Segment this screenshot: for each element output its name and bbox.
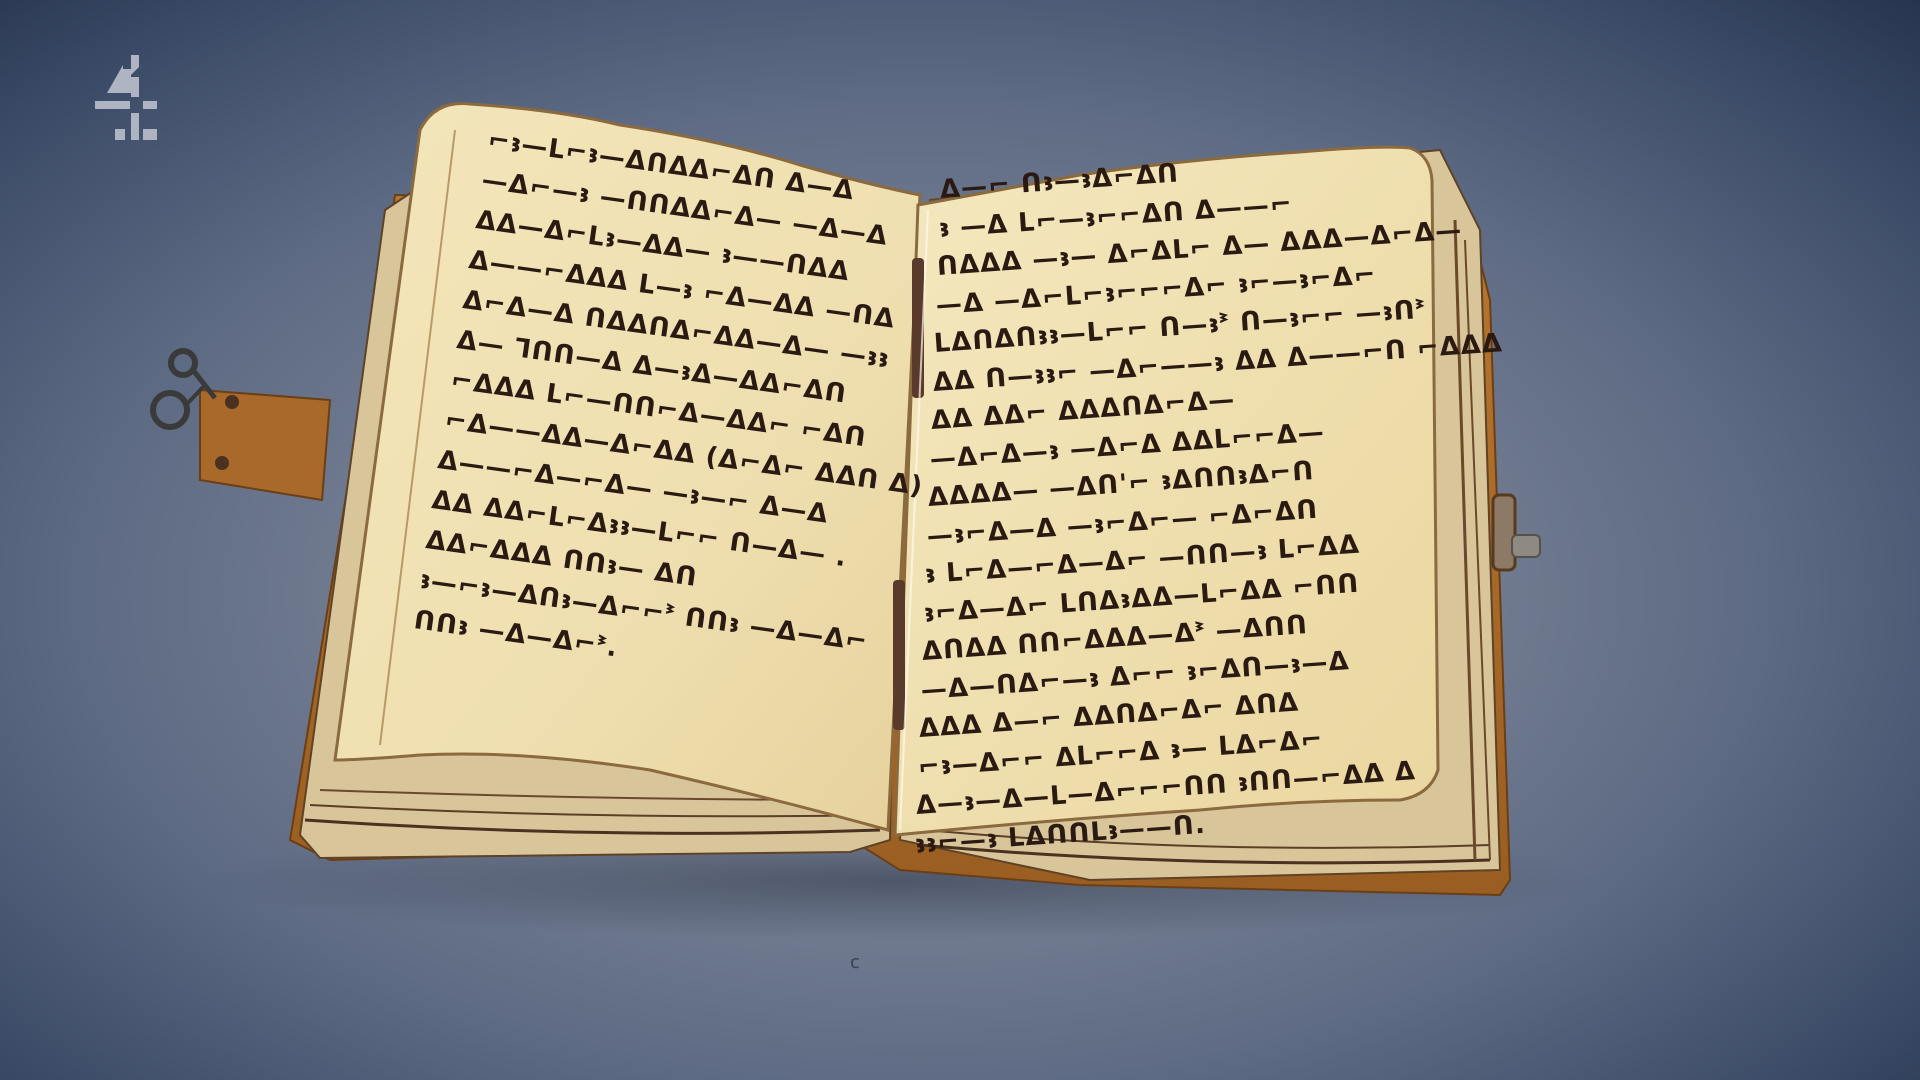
photo-frame: ⌐ꜣ—ᒪ⌐ꜣ—ᐃᑎᐃᐃ⌐ᐃᑎ ᐃ—ᐃ—ᐃ⌐—ꜣ —ᑎᑎᐃᐃ⌐ᐃ— —ᐃ—ᐃᐃᐃ—… (0, 0, 1920, 1080)
channel4-logo-icon (95, 55, 157, 140)
spine-stitch (893, 580, 905, 730)
metal-knob-icon (1493, 495, 1540, 570)
corner-mark: c (850, 952, 860, 973)
metal-clasp-icon (153, 351, 330, 500)
